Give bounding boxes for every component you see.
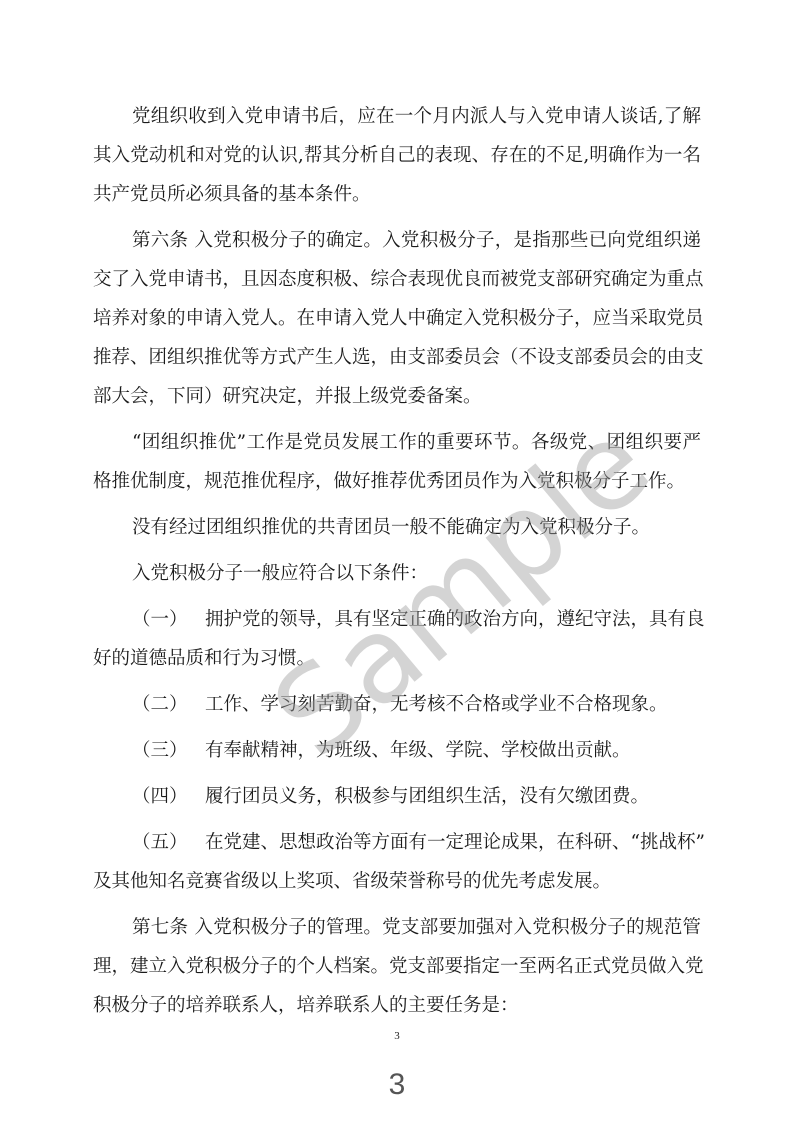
article-6-heading-line: 第六条 入党积极分子的确定。入党积极分子，是指那些已向党组织递 xyxy=(132,226,701,256)
condition-text: 及其他知名竞赛省级以上奖项、省级荣誉称号的优先考虑发展。 xyxy=(93,867,701,897)
condition-text: 在党建、思想政治等方面有一定理论成果，在科研、“挑战杯” xyxy=(205,828,701,858)
condition-text: 工作、学习刻苦勤奋，无考核不合格或学业不合格现象。 xyxy=(205,690,701,720)
condition-text: 有奉献精神，为班级、年级、学院、学校做出贡献。 xyxy=(205,736,701,766)
paragraph-line: 推荐、团组织推优等方式产生人选，由支部委员会（不设支部委员会的由支 xyxy=(93,343,701,373)
article-7-heading-line: 第七条 入党积极分子的管理。党支部要加强对入党积极分子的规范管 xyxy=(132,913,701,943)
paragraph-line: 其入党动机和对党的认识,帮其分析自己的表现、存在的不足,明确作为一名 xyxy=(93,141,701,171)
paragraph-line: 交了入党申请书，且因态度积极、综合表现优良而被党支部研究确定为重点 xyxy=(93,265,701,295)
paragraph-line: 积极分子的培养联系人，培养联系人的主要任务是： xyxy=(93,991,701,1021)
item-number: （三） xyxy=(132,736,188,766)
paragraph-line: 没有经过团组织推优的共青团员一般不能确定为入党积极分子。 xyxy=(132,513,701,543)
condition-text: 拥护党的领导，具有坚定正确的政治方向，遵纪守法，具有良 xyxy=(205,605,701,635)
document-page: 党组织收到入党申请书后，应在一个月内派人与入党申请人谈话,了解 其入党动机和对党… xyxy=(0,0,794,1122)
item-number: （一） xyxy=(132,605,188,635)
paragraph-line: 格推优制度，规范推优程序，做好推荐优秀团员作为入党积极分子工作。 xyxy=(93,467,701,497)
paragraph-line: “团组织推优”工作是党员发展工作的重要环节。各级党、团组织要严 xyxy=(132,428,701,458)
condition-text: 履行团员义务，积极参与团组织生活，没有欠缴团费。 xyxy=(205,782,701,812)
footer-page-number: 3 xyxy=(0,1030,794,1042)
paragraph-line: 理，建立入党积极分子的个人档案。党支部要指定一至两名正式党员做入党 xyxy=(93,952,701,982)
paragraph-line: 共产党员所必须具备的基本条件。 xyxy=(93,180,701,210)
paragraph-line: 部大会，下同）研究决定，并报上级党委备案。 xyxy=(93,382,701,412)
item-number: （四） xyxy=(132,782,188,812)
paragraph-line: 党组织收到入党申请书后，应在一个月内派人与入党申请人谈话,了解 xyxy=(132,102,701,132)
conditions-intro-line: 入党积极分子一般应符合以下条件： xyxy=(132,559,701,589)
condition-text: 好的道德品质和行为习惯。 xyxy=(93,644,701,674)
page-number-label: 3 xyxy=(0,1068,794,1102)
paragraph-line: 培养对象的申请入党人。在申请入党人中确定入党积极分子，应当采取党员 xyxy=(93,304,701,334)
item-number: （五） xyxy=(132,828,188,858)
item-number: （二） xyxy=(132,690,188,720)
